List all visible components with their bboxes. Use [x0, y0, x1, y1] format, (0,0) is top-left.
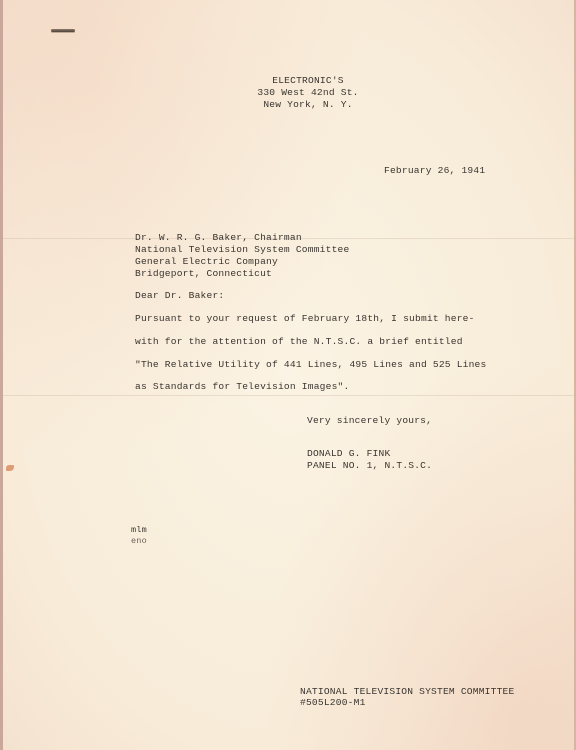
recipient-company: General Electric Company — [135, 256, 278, 267]
signature-name: DONALD G. FINK — [307, 448, 390, 459]
paper-fold — [3, 395, 576, 396]
signature-title: PANEL NO. 1, N.T.S.C. — [307, 460, 432, 471]
footer-committee: NATIONAL TELEVISION SYSTEM COMMITTEE — [300, 686, 514, 697]
body-line: "The Relative Utility of 441 Lines, 495 … — [135, 359, 486, 370]
paper-stain — [6, 465, 14, 471]
letterhead-name: ELECTRONIC'S — [223, 75, 393, 86]
letter-date: February 26, 1941 — [384, 165, 485, 176]
body-line: with for the attention of the N.T.S.C. a… — [135, 336, 463, 347]
recipient-location: Bridgeport, Connecticut — [135, 268, 272, 279]
letter-page: ELECTRONIC'S 330 West 42nd St. New York,… — [0, 0, 576, 750]
letterhead-street: 330 West 42nd St. — [223, 87, 393, 98]
footer-reference: #505L200-M1 — [300, 697, 366, 708]
staple-mark — [51, 29, 75, 32]
letterhead-city: New York, N. Y. — [223, 99, 393, 110]
salutation: Dear Dr. Baker: — [135, 290, 224, 301]
body-line: as Standards for Television Images". — [135, 381, 349, 392]
recipient-name: Dr. W. R. G. Baker, Chairman — [135, 232, 302, 243]
recipient-organization: National Television System Committee — [135, 244, 349, 255]
body-line: Pursuant to your request of February 18t… — [135, 313, 475, 324]
typist-initials: mlm — [131, 525, 147, 536]
enclosure-note: eno — [131, 536, 147, 547]
closing: Very sincerely yours, — [307, 415, 432, 426]
